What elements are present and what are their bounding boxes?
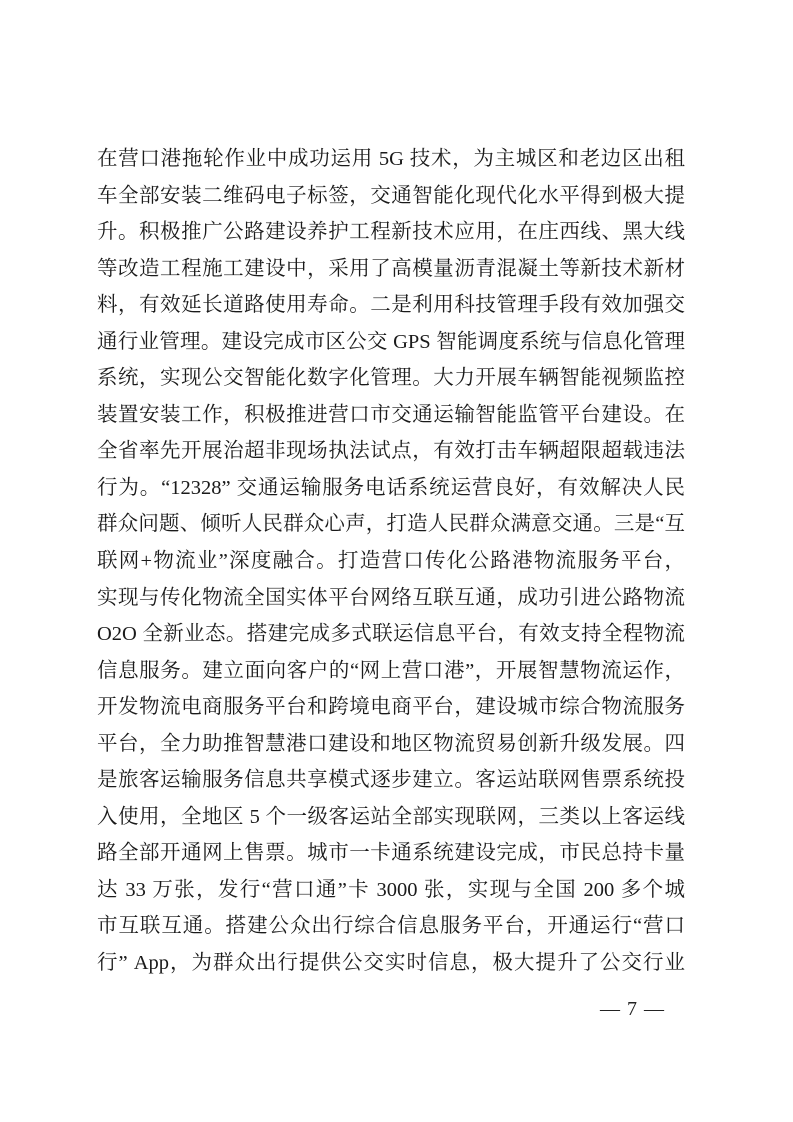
text-line: 实现与传化物流全国实体平台网络互联互通，成功引进公路物流 bbox=[97, 580, 685, 617]
text-line: 通行业管理。建设完成市区公交 GPS 智能调度系统与信息化管理 bbox=[97, 324, 685, 361]
text-line: 全省率先开展治超非现场执法试点，有效打击车辆超限超载违法 bbox=[97, 433, 685, 470]
text-line: 行为。“12328” 交通运输服务电话系统运营良好，有效解决人民 bbox=[97, 470, 685, 507]
text-line: 车全部安装二维码电子标签，交通智能化现代化水平得到极大提 bbox=[97, 178, 685, 215]
text-line: 平台，全力助推智慧港口建设和地区物流贸易创新升级发展。四 bbox=[97, 726, 685, 763]
text-line: 达 33 万张，发行“营口通”卡 3000 张，实现与全国 200 多个城 bbox=[97, 872, 685, 909]
page-number: — 7 — bbox=[600, 998, 690, 1021]
text-line: 行” App，为群众出行提供公交实时信息，极大提升了公交行业 bbox=[97, 945, 685, 982]
text-line: 系统，实现公交智能化数字化管理。大力开展车辆智能视频监控 bbox=[97, 360, 685, 397]
text-line: 信息服务。建立面向客户的“网上营口港”，开展智慧物流运作， bbox=[97, 653, 685, 690]
text-line: 路全部开通网上售票。城市一卡通系统建设完成，市民总持卡量 bbox=[97, 835, 685, 872]
text-line: 群众问题、倾听人民群众心声，打造人民群众满意交通。三是“互 bbox=[97, 506, 685, 543]
text-line: 料，有效延长道路使用寿命。二是利用科技管理手段有效加强交 bbox=[97, 287, 685, 324]
text-line: O2O 全新业态。搭建完成多式联运信息平台，有效支持全程物流 bbox=[97, 616, 685, 653]
text-line: 升。积极推广公路建设养护工程新技术应用，在庄西线、黑大线 bbox=[97, 214, 685, 251]
text-line: 市互联互通。搭建公众出行综合信息服务平台，开通运行“营口 bbox=[97, 908, 685, 945]
text-line: 在营口港拖轮作业中成功运用 5G 技术，为主城区和老边区出租 bbox=[97, 141, 685, 178]
text-line: 联网+物流业”深度融合。打造营口传化公路港物流服务平台， bbox=[97, 543, 685, 580]
text-line: 装置安装工作，积极推进营口市交通运输智能监管平台建设。在 bbox=[97, 397, 685, 434]
text-line: 入使用，全地区 5 个一级客运站全部实现联网，三类以上客运线 bbox=[97, 799, 685, 836]
text-line: 是旅客运输服务信息共享模式逐步建立。客运站联网售票系统投 bbox=[97, 762, 685, 799]
document-page: 在营口港拖轮作业中成功运用 5G 技术，为主城区和老边区出租车全部安装二维码电子… bbox=[0, 0, 793, 1122]
body-text-block: 在营口港拖轮作业中成功运用 5G 技术，为主城区和老边区出租车全部安装二维码电子… bbox=[97, 141, 685, 982]
text-line: 开发物流电商服务平台和跨境电商平台，建设城市综合物流服务 bbox=[97, 689, 685, 726]
text-line: 等改造工程施工建设中，采用了高模量沥青混凝土等新技术新材 bbox=[97, 251, 685, 288]
